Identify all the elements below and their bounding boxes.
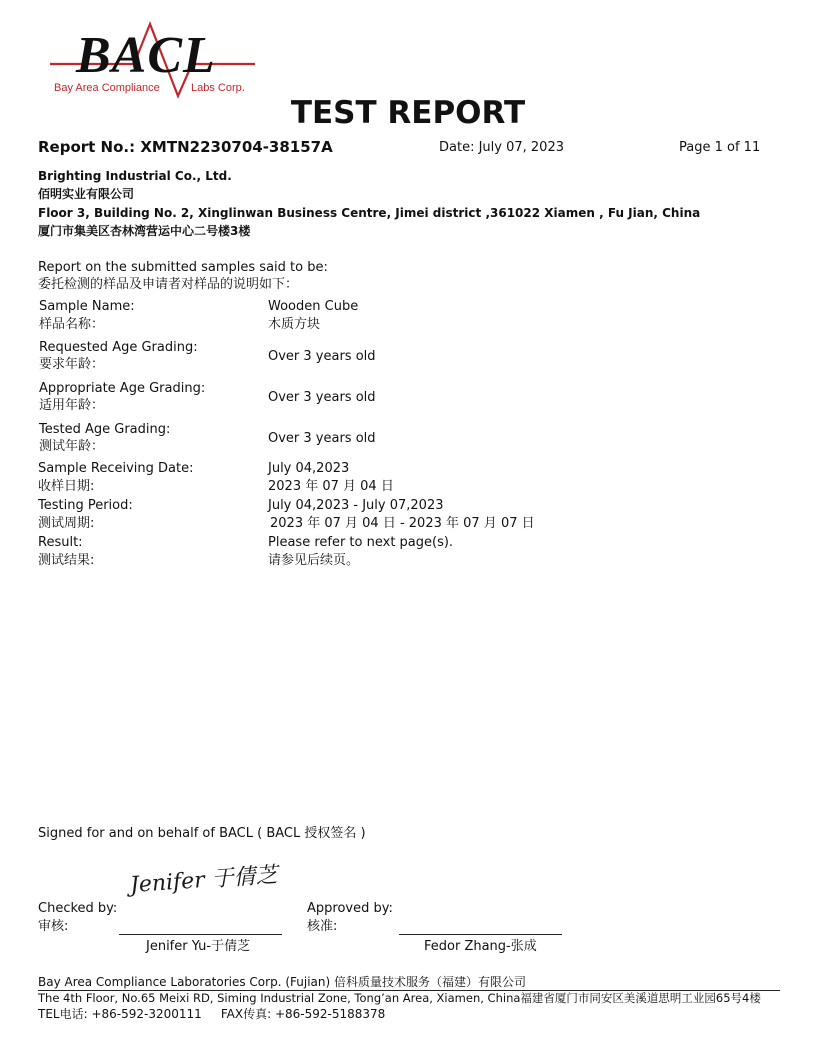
report-date: Date: July 07, 2023 [439,140,564,156]
approved-by-label-en: Approved by: [307,901,393,917]
tested-age-label-cn: 测试年龄： [39,439,104,455]
applicant-address-cn: 厦门市集美区杏林湾营运中心二号楼3楼 [38,224,250,239]
checked-by-label-en: Checked by: [38,901,117,917]
approved-by-label-cn: 核准: [307,919,337,935]
receiving-date-label-en: Sample Receiving Date: [38,461,193,477]
appropriate-age-value: Over 3 years old [268,390,376,406]
requested-age-value: Over 3 years old [268,349,376,365]
signed-for-statement: Signed for and on behalf of BACL ( BACL … [38,826,366,842]
requested-age-label-cn: 要求年龄： [39,357,104,373]
footer-company: Bay Area Compliance Laboratories Corp. (… [38,975,526,990]
tested-age-label-en: Tested Age Grading: [39,422,170,438]
sample-name-value-cn: 木质方块 [268,317,320,333]
testing-period-label-cn: 测试周期: [38,516,94,532]
sample-name-value-en: Wooden Cube [268,299,358,315]
testing-period-value-cn: 2023 年 07 月 04 日 - 2023 年 07 月 07 日 [270,516,535,532]
report-number-label: Report No.: [38,138,135,156]
sample-name-label-en: Sample Name: [39,299,135,315]
result-label-cn: 测试结果: [38,553,94,569]
result-value-cn: 请参见后续页。 [268,553,359,569]
applicant-address-en: Floor 3, Building No. 2, Xinglinwan Busi… [38,206,700,221]
logo-tagline-right: Labs Corp. [191,82,245,94]
tested-age-value: Over 3 years old [268,431,376,447]
result-value-en: Please refer to next page(s). [268,535,453,551]
checked-by-label-cn: 审核: [38,919,68,935]
intro-en: Report on the submitted samples said to … [38,260,328,276]
bacl-logo: BACL Bay Area Compliance Labs Corp. [50,18,255,102]
footer-contact: TEL电话: +86-592-3200111 FAX传真: +86-592-51… [38,1007,385,1022]
report-number: Report No.: XMTN2230704-38157A [38,138,333,157]
result-label-en: Result: [38,535,83,551]
page-title: TEST REPORT [0,95,816,131]
checked-by-signature-line [119,934,282,935]
intro-cn: 委托检测的样品及申请者对样品的说明如下： [38,277,298,293]
approved-by-name: Fedor Zhang-张成 [424,939,537,955]
testing-period-label-en: Testing Period: [38,498,133,514]
receiving-date-value-en: July 04,2023 [268,461,349,477]
report-number-value: XMTN2230704-38157A [140,138,332,156]
logo-tagline-left: Bay Area Compliance [54,82,160,94]
receiving-date-label-cn: 收样日期: [38,479,94,495]
receiving-date-value-cn: 2023 年 07 月 04 日 [268,479,394,495]
footer-address: The 4th Floor, No.65 Meixi RD, Siming In… [38,991,761,1006]
checked-by-name: Jenifer Yu-于倩芝 [146,939,250,955]
applicant-name-en: Brighting Industrial Co., Ltd. [38,169,232,184]
testing-period-value-en: July 04,2023 - July 07,2023 [268,498,444,514]
appropriate-age-label-cn: 适用年龄： [39,398,104,414]
page-number: Page 1 of 11 [679,140,760,156]
requested-age-label-en: Requested Age Grading: [39,340,198,356]
appropriate-age-label-en: Appropriate Age Grading: [39,381,205,397]
checked-by-signature: Jenifer 于倩芝 [129,861,278,901]
applicant-name-cn: 佰明实业有限公司 [38,187,134,202]
sample-name-label-cn: 样品名称： [39,317,104,333]
approved-by-signature-line [399,934,562,935]
logo-mark: BACL [76,26,216,86]
